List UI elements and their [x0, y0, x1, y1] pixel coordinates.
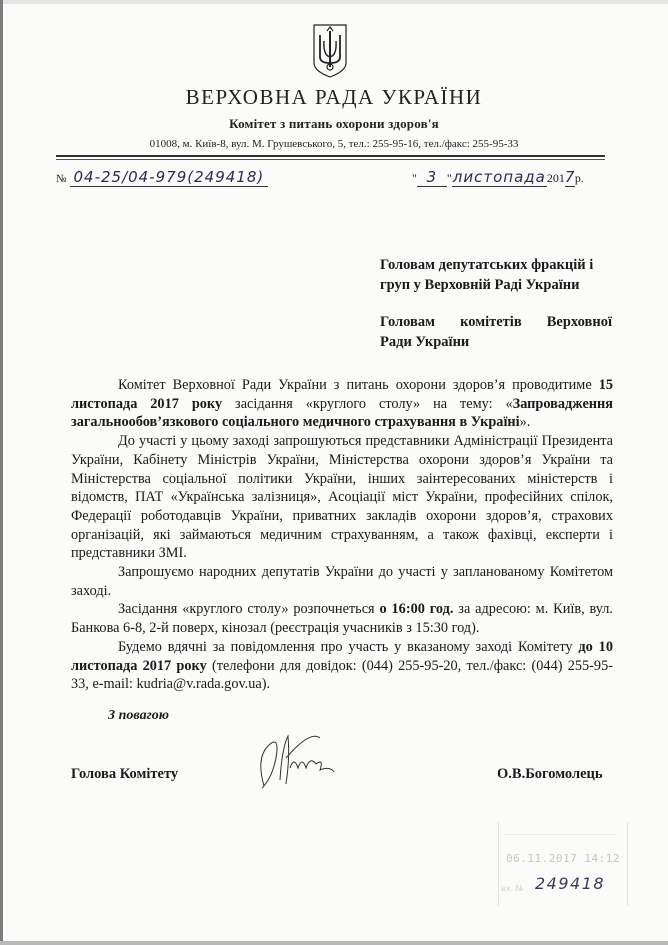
paragraph-deputies: Запрошуємо народних депутатів України до…: [71, 563, 613, 600]
text: засідання «круглого столу» на тему: «: [222, 396, 513, 412]
addressee-line: Ради України: [380, 332, 612, 352]
letter-date: "3"листопада2017р.: [412, 168, 584, 187]
text: Будемо вдячні за повідомлення про участь…: [118, 639, 578, 655]
addressee-line: Головам комітетів Верховної: [380, 312, 612, 332]
addressee-line: Головам депутатських фракцій і: [380, 255, 612, 275]
handwritten-signature-icon: [250, 728, 360, 793]
date-year-digit: 7: [565, 168, 575, 187]
date-suffix: р.: [575, 171, 584, 185]
number-label: №: [56, 173, 67, 185]
letterhead-rule-thick: [56, 155, 605, 157]
addressee-word: Верховної: [547, 312, 612, 332]
paragraph-rsvp: Будемо вдячні за повідомлення про участь…: [71, 638, 613, 694]
letter-body: Комітет Верховної Ради України з питань …: [71, 376, 613, 694]
date-day: 3: [417, 168, 447, 187]
stamp-datetime: 06.11.2017 14:12: [503, 852, 623, 865]
paragraph-venue: Засідання «круглого столу» розпочнеться …: [71, 600, 613, 637]
stamp-header: [505, 834, 615, 843]
scan-top-shade: [0, 0, 668, 4]
registration-stamp: 06.11.2017 14:12 вх. № 249418: [498, 822, 628, 906]
reference-number: 04-25/04-979(249418): [70, 168, 269, 187]
signatory-role: Голова Комітету: [71, 766, 178, 783]
text: Засідання «круглого столу» розпочнеться: [118, 601, 380, 617]
trident-coat-of-arms-icon: [311, 23, 349, 78]
addressee-factions: Головам депутатських фракцій і груп у Ве…: [380, 255, 612, 295]
date-year-prefix: 201: [547, 171, 565, 185]
stamp-incoming-number: 249418: [535, 874, 605, 893]
paragraph-invitation: Комітет Верховної Ради України з питань …: [71, 376, 613, 432]
event-time: о 16:00 год.: [380, 601, 454, 617]
signatory-name: О.В.Богомолець: [497, 766, 603, 783]
stamp-number-label: вх. №: [501, 884, 524, 893]
text: Комітет Верховної Ради України з питань …: [118, 377, 599, 393]
paragraph-participants: До участі у цьому заході запрошуються пр…: [71, 432, 613, 563]
addressee-line: груп у Верховній Раді України: [380, 275, 612, 295]
text: ».: [520, 414, 531, 430]
organization-title: ВЕРХОВНА РАДА УКРАЇНИ: [0, 85, 668, 110]
addressee-word: комітетів: [460, 312, 522, 332]
outgoing-reference: №04-25/04-979(249418): [56, 168, 268, 187]
addressee-committees: Головам комітетів Верховної Ради України: [380, 312, 612, 352]
committee-address: 01008, м. Київ-8, вул. М. Грушевського, …: [0, 138, 668, 150]
letterhead-rule-thin: [56, 159, 605, 160]
scan-bottom-edge: [0, 941, 668, 945]
letter-page: ВЕРХОВНА РАДА УКРАЇНИ Комітет з питань о…: [0, 0, 668, 945]
addressee-word: Головам: [380, 312, 435, 332]
date-month: листопада: [452, 168, 547, 187]
committee-name: Комітет з питань охорони здоров'я: [0, 116, 668, 132]
closing-regards: З повагою: [108, 708, 169, 724]
